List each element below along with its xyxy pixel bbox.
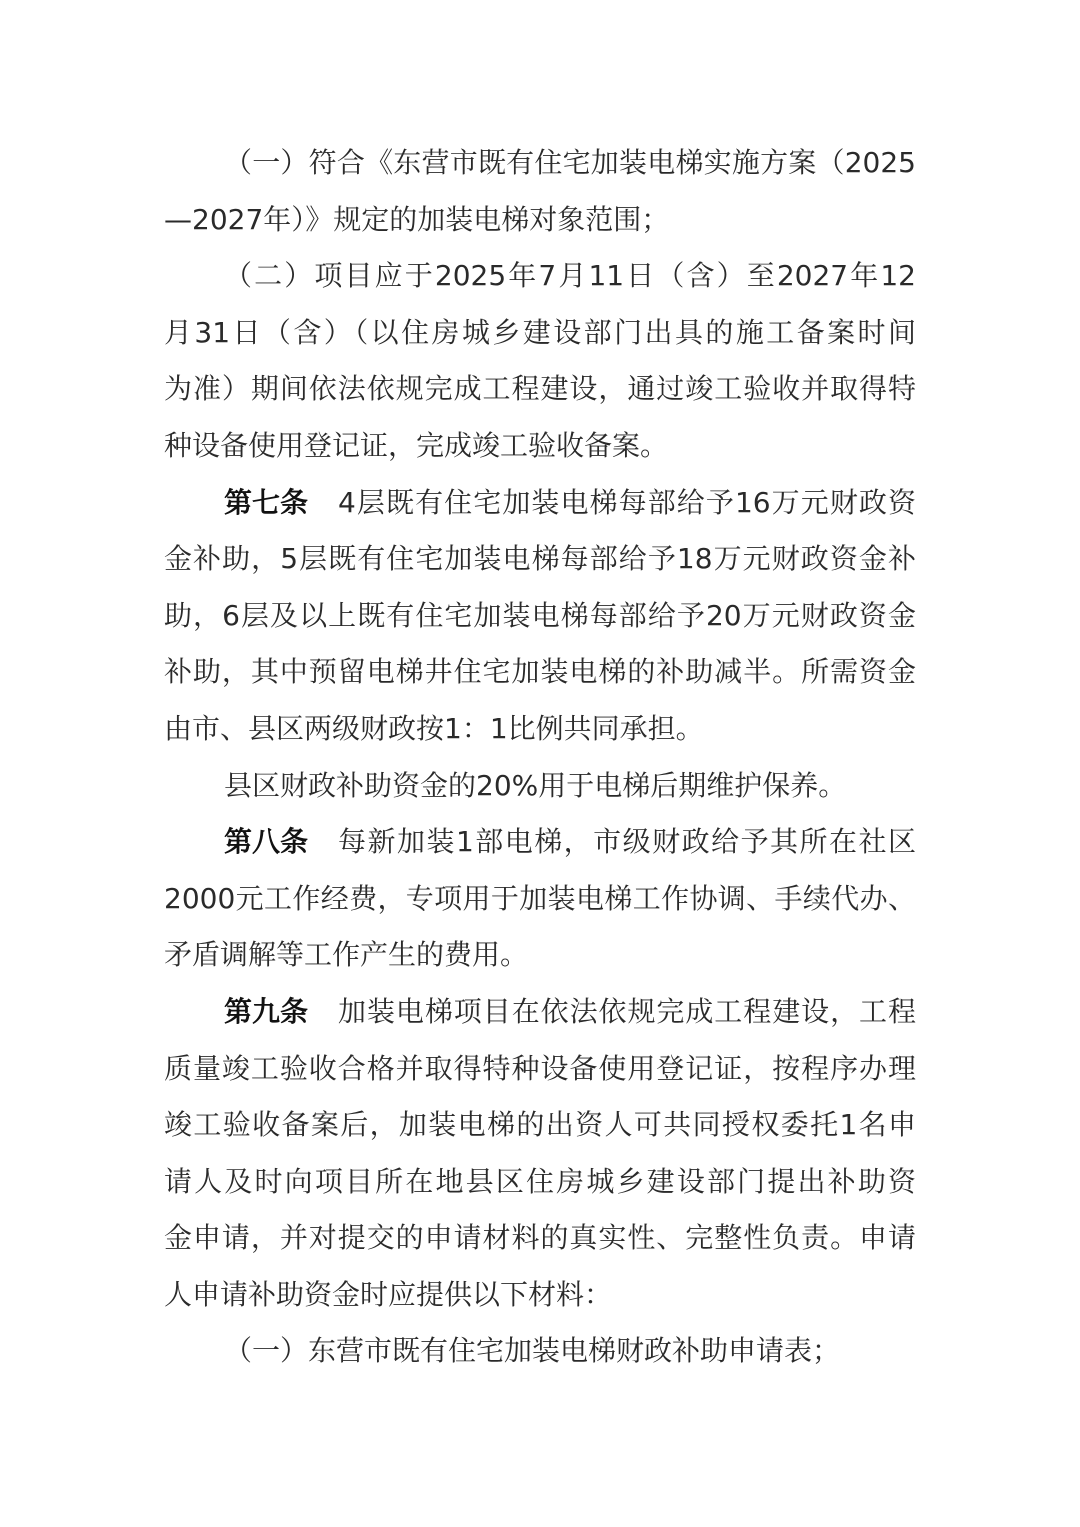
text-line: 第七条 4层既有住宅加装电梯每部给予16万元财政资 [164,475,916,532]
text-line: 第九条 加装电梯项目在依法依规完成工程建设，工程 [164,984,916,1041]
text-line: 月31日（含）（以住房城乡建设部门出具的施工备案时间 [164,305,916,362]
document-page: （一）符合《东营市既有住宅加装电梯实施方案（2025 —2027年）》规定的加装… [0,0,1080,1527]
paragraph-article-8: 第八条 每新加装1部电梯，市级财政给予其所在社区 2000元工作经费，专项用于加… [164,814,916,984]
text-line: （一）符合《东营市既有住宅加装电梯实施方案（2025 [164,135,916,192]
paragraph-article-7-note: 县区财政补助资金的20%用于电梯后期维护保养。 [164,758,916,815]
article-text: 加装电梯项目在依法依规完成工程建设，工程 [338,984,916,1041]
text-line: 补助，其中预留电梯井住宅加装电梯的补助减半。所需资金 [164,644,916,701]
paragraph-item-2: （二）项目应于2025年7月11日（含）至2027年12 月31日（含）（以住房… [164,248,916,474]
paragraph-article-7: 第七条 4层既有住宅加装电梯每部给予16万元财政资 金补助，5层既有住宅加装电梯… [164,475,916,758]
article-heading: 第九条 [224,984,308,1041]
text-line: 金补助，5层既有住宅加装电梯每部给予18万元财政资金补 [164,531,916,588]
paragraph-article-9: 第九条 加装电梯项目在依法依规完成工程建设，工程 质量竣工验收合格并取得特种设备… [164,984,916,1324]
paragraph-item-1: （一）符合《东营市既有住宅加装电梯实施方案（2025 —2027年）》规定的加装… [164,135,916,248]
text-line: 金申请，并对提交的申请材料的真实性、完整性负责。申请 [164,1210,916,1267]
text-line: （二）项目应于2025年7月11日（含）至2027年12 [164,248,916,305]
text-line: 第八条 每新加装1部电梯，市级财政给予其所在社区 [164,814,916,871]
text-line: 竣工验收备案后，加装电梯的出资人可共同授权委托1名申 [164,1097,916,1154]
text-line: 县区财政补助资金的20%用于电梯后期维护保养。 [164,758,916,815]
text-line: 请人及时向项目所在地县区住房城乡建设部门提出补助资 [164,1154,916,1211]
article-heading: 第八条 [224,814,308,871]
text-line: 质量竣工验收合格并取得特种设备使用登记证，按程序办理 [164,1041,916,1098]
article-text: 4层既有住宅加装电梯每部给予16万元财政资 [338,475,916,532]
text-line: 人申请补助资金时应提供以下材料： [164,1267,916,1324]
text-line: （一）东营市既有住宅加装电梯财政补助申请表； [164,1323,916,1380]
paragraph-article-9-item-1: （一）东营市既有住宅加装电梯财政补助申请表； [164,1323,916,1380]
document-body: （一）符合《东营市既有住宅加装电梯实施方案（2025 —2027年）》规定的加装… [164,135,916,1380]
text-line: 由市、县区两级财政按1：1比例共同承担。 [164,701,916,758]
text-line: 矛盾调解等工作产生的费用。 [164,927,916,984]
text-line: 种设备使用登记证，完成竣工验收备案。 [164,418,916,475]
text-line: 2000元工作经费，专项用于加装电梯工作协调、手续代办、 [164,871,916,928]
text-line: —2027年）》规定的加装电梯对象范围； [164,192,916,249]
article-text: 每新加装1部电梯，市级财政给予其所在社区 [338,814,916,871]
text-line: 为准）期间依法依规完成工程建设，通过竣工验收并取得特 [164,361,916,418]
text-line: 助，6层及以上既有住宅加装电梯每部给予20万元财政资金 [164,588,916,645]
article-heading: 第七条 [224,475,308,532]
